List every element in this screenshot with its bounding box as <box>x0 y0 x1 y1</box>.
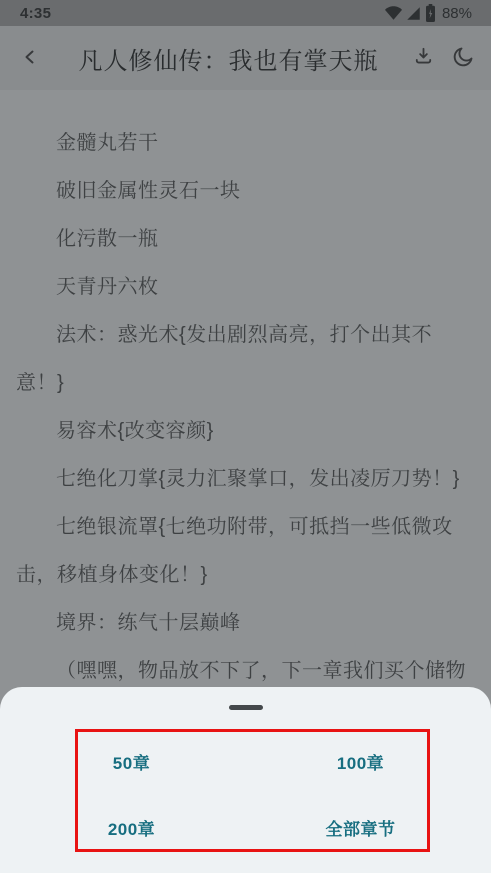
clock: 4:35 <box>20 5 51 22</box>
paragraph: 化污散一瓶 <box>16 215 475 263</box>
moon-icon <box>451 45 475 72</box>
book-title: 凡人修仙传：我也有掌天瓶 <box>54 41 403 76</box>
app-bar: 凡人修仙传：我也有掌天瓶 <box>0 26 491 90</box>
paragraph: 七绝化刀掌{灵力汇聚掌口，发出凌厉刀势！} <box>16 455 475 503</box>
paragraph: 易容术{改变容颜} <box>16 407 475 455</box>
back-button[interactable] <box>6 34 54 82</box>
chapter-option-2[interactable]: 100章 <box>337 749 384 774</box>
drag-handle[interactable] <box>229 705 263 710</box>
paragraph: 天青丹六枚 <box>16 263 475 311</box>
battery-charging-icon <box>425 4 436 22</box>
status-icons: 88% <box>385 4 472 22</box>
paragraph: 法术：惑光术{发出剧烈高亮，打个出其不意！} <box>16 311 475 407</box>
download-options-sheet: 50章100章200章全部章节 <box>0 687 491 873</box>
status-bar: 4:35 88% <box>0 0 491 26</box>
download-icon <box>412 45 435 71</box>
chapter-option-4[interactable]: 全部章节 <box>326 815 396 840</box>
chapter-option-1[interactable]: 50章 <box>113 749 150 774</box>
chapter-option-3[interactable]: 200章 <box>108 815 155 840</box>
battery-percentage: 88% <box>442 5 472 22</box>
paragraph: 破旧金属性灵石一块 <box>16 167 475 215</box>
download-button[interactable] <box>403 34 443 82</box>
paragraph: 境界：练气十层巅峰 <box>16 599 475 647</box>
back-chevron-icon <box>23 50 37 67</box>
paragraph: 金髓丸若干 <box>16 119 475 167</box>
night-mode-button[interactable] <box>443 34 483 82</box>
reader-app-screen: 4:35 88% 凡人修仙传：我也有掌天瓶 <box>0 0 491 873</box>
paragraph: 七绝银流罩{七绝功附带，可抵挡一些低微攻击，移植身体变化！} <box>16 503 475 599</box>
cellular-signal-icon <box>406 6 421 21</box>
wifi-icon <box>385 6 402 20</box>
chapter-count-options: 50章100章200章全部章节 <box>17 728 475 860</box>
